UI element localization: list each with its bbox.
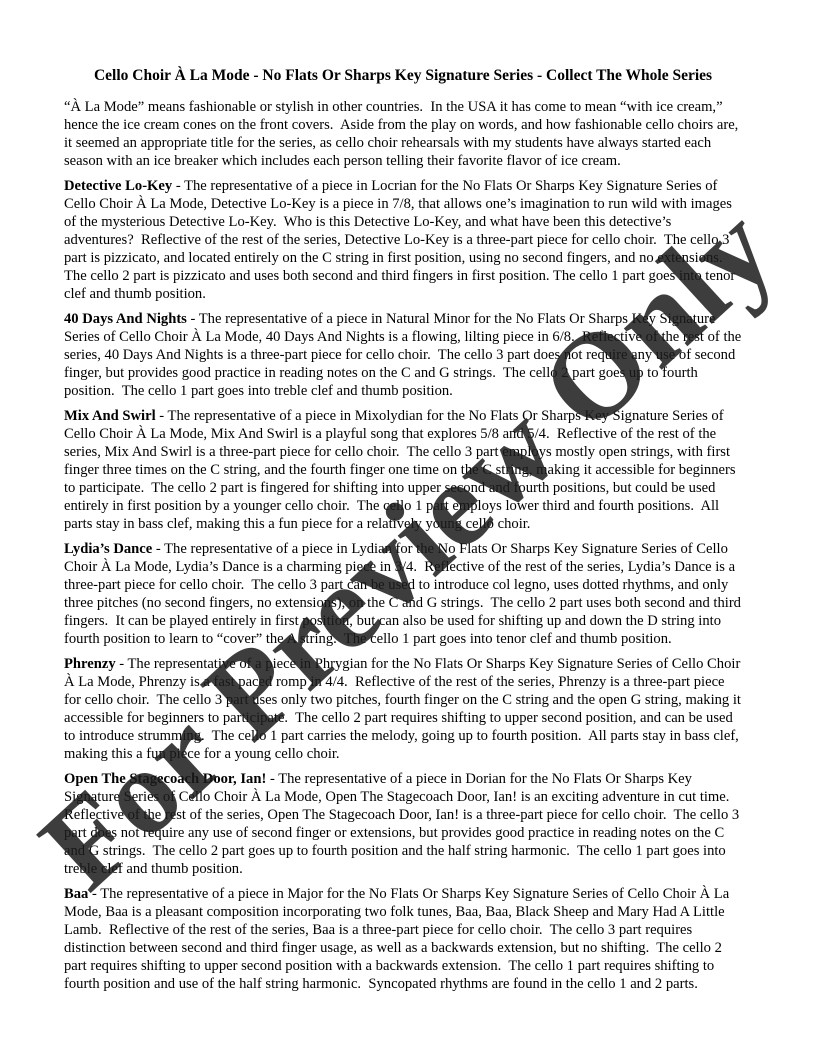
piece-description: - The representative of a piece in Mixol… xyxy=(64,408,739,532)
piece-description: - The representative of a piece in Lydia… xyxy=(64,541,745,647)
piece-title: Mix And Swirl xyxy=(64,408,156,424)
document-page: Cello Choir À La Mode - No Flats Or Shar… xyxy=(0,0,816,1056)
paragraph-list: “À La Mode” means fashionable or stylish… xyxy=(64,98,742,993)
piece-title: Phrenzy xyxy=(64,656,116,672)
piece-paragraph: Phrenzy - The representative of a piece … xyxy=(64,655,742,763)
page-title: Cello Choir À La Mode - No Flats Or Shar… xyxy=(64,66,742,85)
document-body: Cello Choir À La Mode - No Flats Or Shar… xyxy=(64,66,742,1000)
piece-paragraph: Open The Stagecoach Door, Ian! - The rep… xyxy=(64,770,742,878)
piece-paragraph: Mix And Swirl - The representative of a … xyxy=(64,407,742,533)
piece-title: Baa xyxy=(64,886,88,902)
piece-description: - The representative of a piece in Locri… xyxy=(64,178,739,302)
piece-title: Open The Stagecoach Door, Ian! xyxy=(64,771,266,787)
piece-paragraph: Baa - The representative of a piece in M… xyxy=(64,885,742,993)
piece-title: Detective Lo-Key xyxy=(64,178,172,194)
piece-title: 40 Days And Nights xyxy=(64,311,187,327)
piece-paragraph: 40 Days And Nights - The representative … xyxy=(64,310,742,400)
piece-description: - The representative of a piece in Phryg… xyxy=(64,656,745,762)
piece-title: Lydia’s Dance xyxy=(64,541,152,557)
piece-paragraph: Detective Lo-Key - The representative of… xyxy=(64,177,742,303)
piece-description: - The representative of a piece in Major… xyxy=(64,886,733,992)
piece-description: “À La Mode” means fashionable or stylish… xyxy=(64,99,742,169)
piece-paragraph: Lydia’s Dance - The representative of a … xyxy=(64,540,742,648)
piece-paragraph: “À La Mode” means fashionable or stylish… xyxy=(64,98,742,170)
